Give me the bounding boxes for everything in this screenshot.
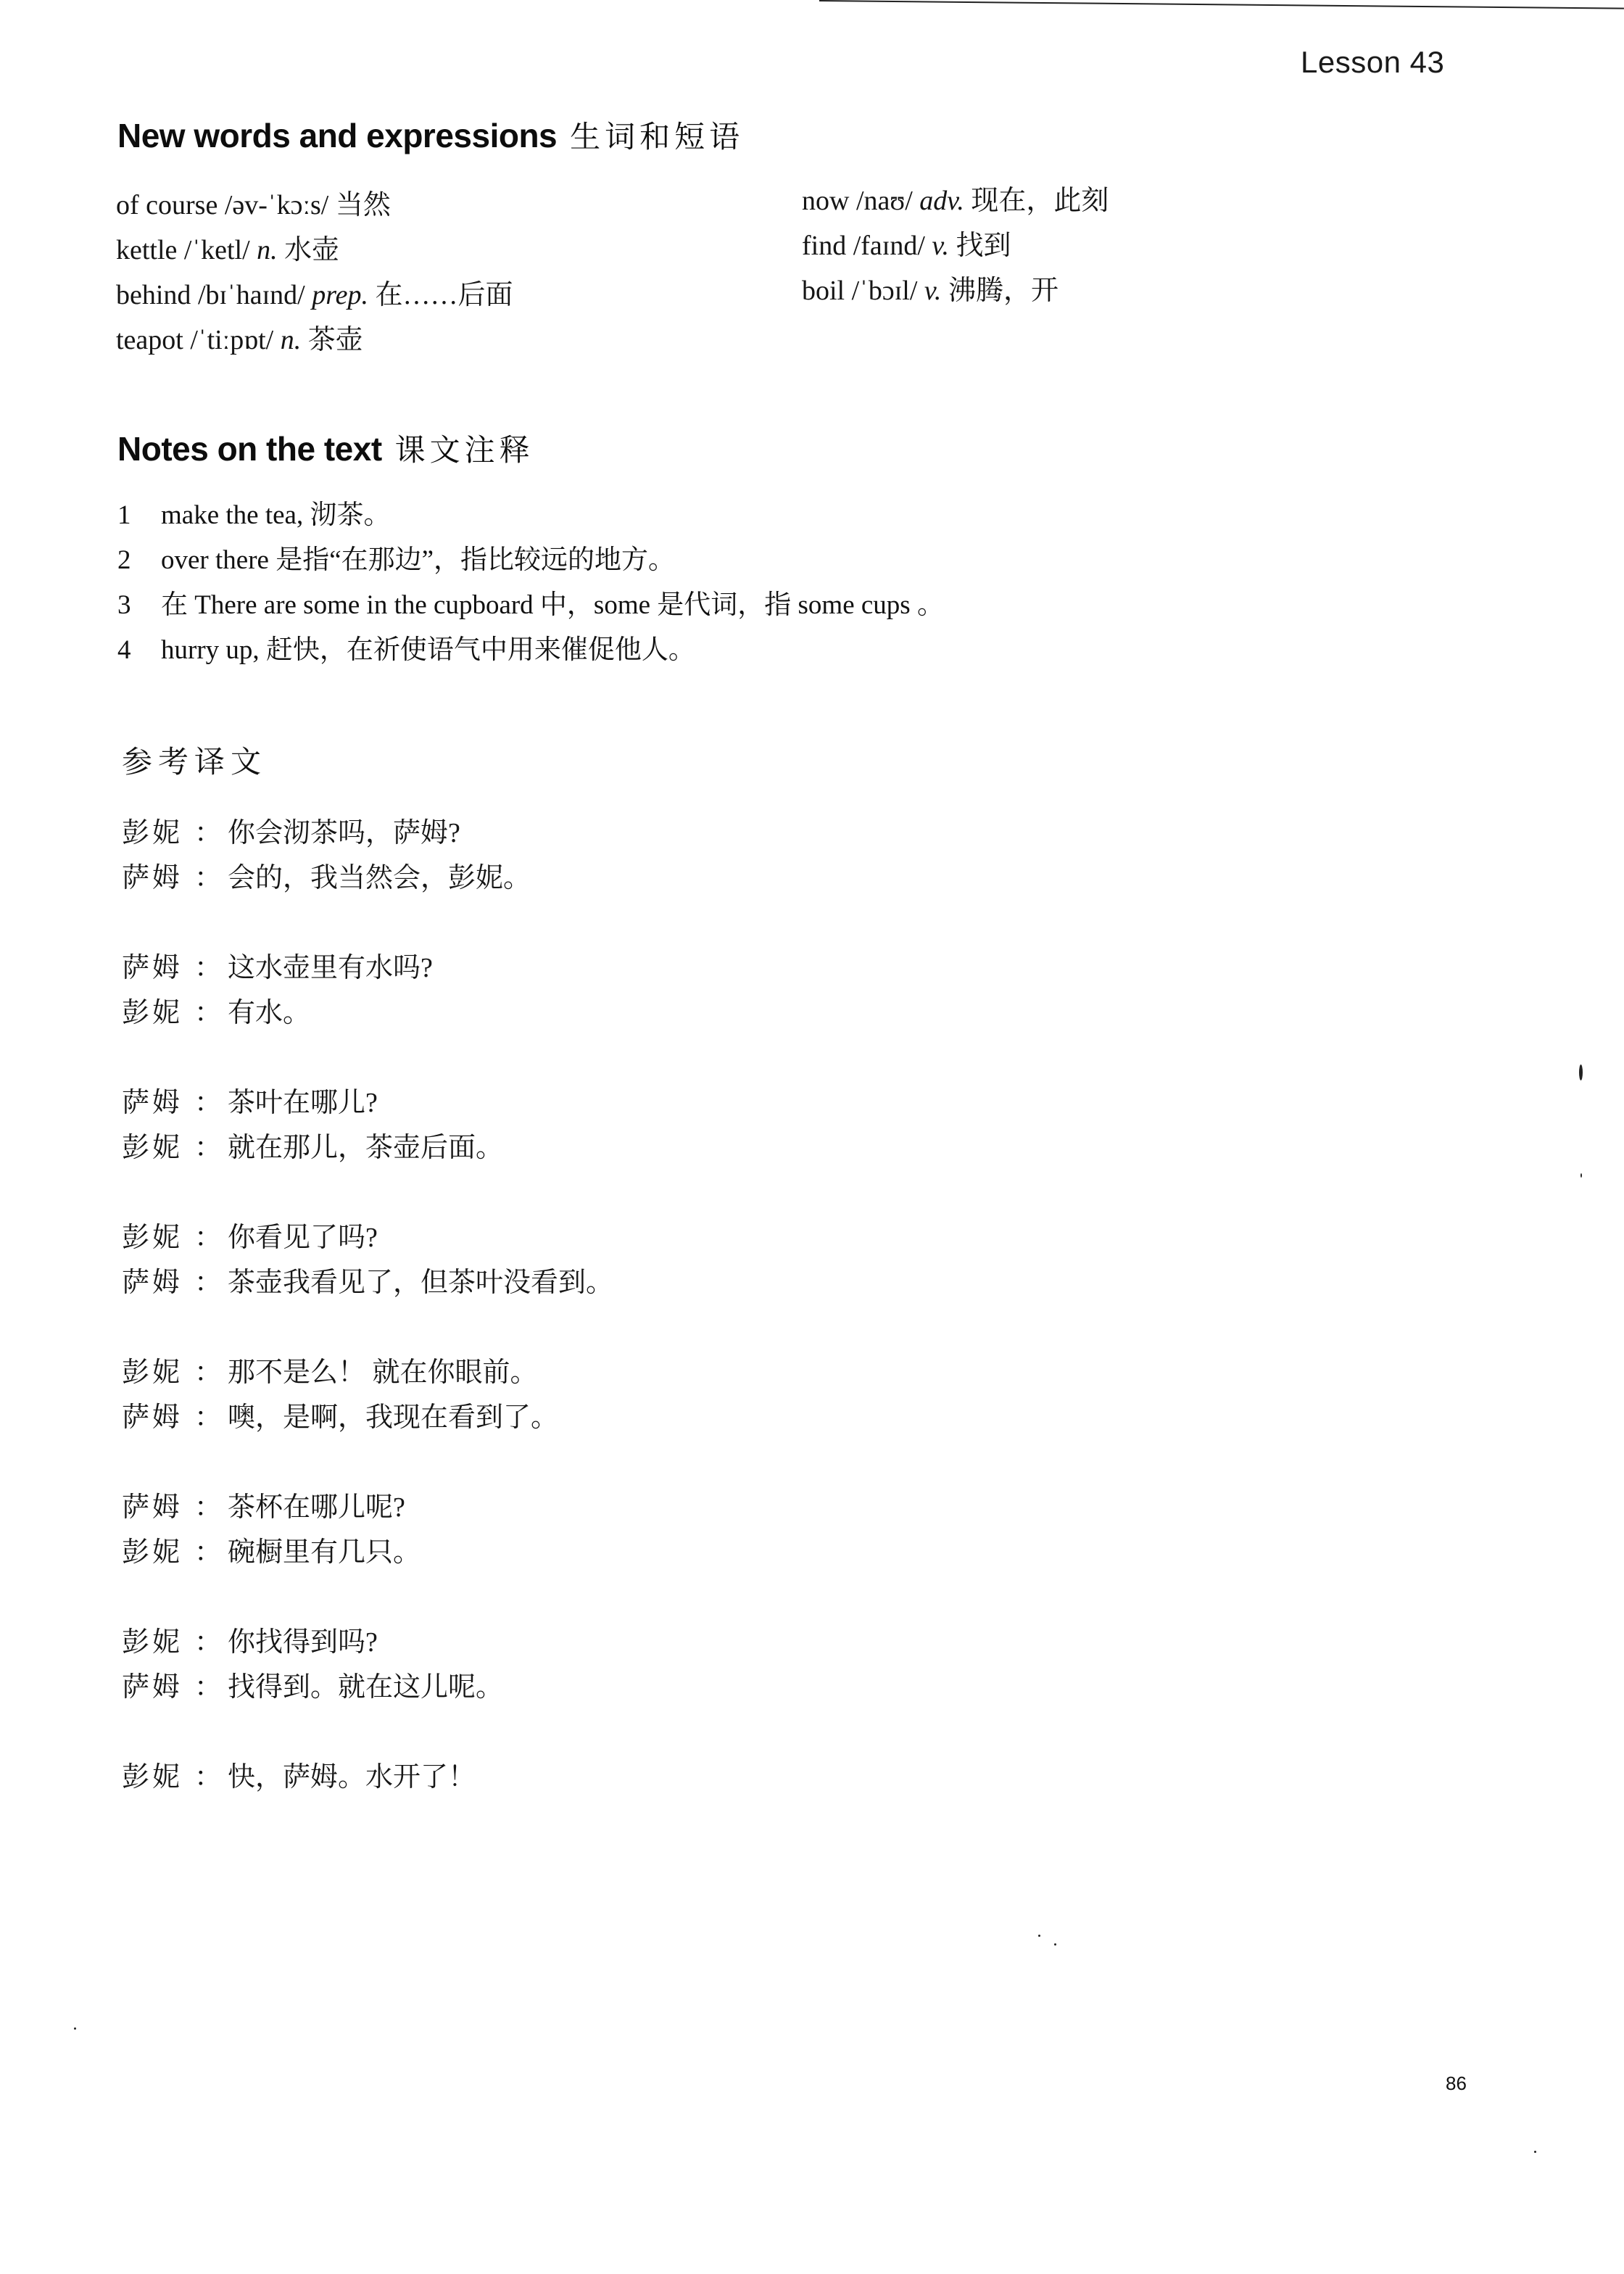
colon: ： [194,991,228,1035]
notes-list: 1make the tea, 沏茶。 2over there 是指“在那边”，指… [117,493,944,673]
dialogue-line: 萨姆：茶杯在哪儿呢? [122,1485,613,1530]
speaker: 彭妮 [122,1530,194,1575]
dialogue-line: 彭妮：就在那儿，茶壶后面。 [122,1125,613,1170]
page-number: 86 [1446,2072,1467,2095]
colon: ： [194,811,228,856]
vocab-word: find [802,231,846,261]
speaker: 萨姆 [122,946,194,991]
vocabulary-heading-zh: 生词和短语 [570,119,744,154]
speaker: 彭妮 [122,1350,194,1395]
note-number: 2 [117,538,161,583]
speaker: 彭妮 [122,991,194,1035]
note-item: 2over there 是指“在那边”，指比较远的地方。 [117,538,944,583]
vocab-pos: v. [924,276,942,306]
scan-speck [74,2027,76,2030]
colon: ： [194,1080,228,1125]
dialogue-line: 萨姆：茶叶在哪儿? [122,1080,613,1125]
vocab-phonetic: /bɪˈhaɪnd/ [198,280,305,310]
dialogue-exchange: 彭妮：你会沏茶吗，萨姆? 萨姆：会的，我当然会，彭妮。 [122,811,613,901]
dialogue-line: 彭妮：你会沏茶吗，萨姆? [122,811,613,856]
vocab-meaning: 现在，此刻 [971,186,1109,216]
vocab-entry: of course /əv-ˈkɔːs/ 当然 [116,183,513,228]
colon: ： [194,1125,228,1170]
scan-speck [1534,2151,1536,2153]
line-text: 茶壶我看见了，但茶叶没看到。 [228,1268,613,1298]
note-number: 1 [117,493,161,538]
line-text: 你看见了吗? [228,1223,378,1253]
speaker: 彭妮 [122,811,194,856]
colon: ： [194,1530,228,1575]
vocabulary-left-column: of course /əv-ˈkɔːs/ 当然 kettle /ˈketl/ n… [116,183,513,363]
line-text: 茶杯在哪儿呢? [228,1492,405,1523]
notes-heading-zh: 课文注释 [395,432,534,468]
vocab-phonetic: /naʊ/ [856,186,913,216]
dialogue-line: 萨姆：找得到。就在这儿呢。 [122,1665,613,1710]
line-text: 会的，我当然会，彭妮。 [228,863,531,893]
note-item: 3在 There are some in the cupboard 中，some… [117,583,944,628]
dialogue-line: 彭妮：有水。 [122,991,613,1035]
dialogue-line: 彭妮：快，萨姆。水开了！ [122,1755,613,1800]
scan-speck [1580,1173,1582,1178]
vocab-pos: adv. [919,186,964,216]
vocab-entry: now /naʊ/ adv. 现在，此刻 [802,178,1109,223]
line-text: 碗橱里有几只。 [228,1537,420,1568]
note-item: 4hurry up, 赶快，在祈使语气中用来催促他人。 [117,628,944,673]
vocab-meaning: 在……后面 [375,280,513,310]
dialogue-exchange: 彭妮：你找得到吗? 萨姆：找得到。就在这儿呢。 [122,1620,613,1710]
speaker: 彭妮 [122,1215,194,1260]
dialogue-line: 彭妮：你看见了吗? [122,1215,613,1260]
dialogue-exchange: 萨姆：这水壶里有水吗? 彭妮：有水。 [122,946,613,1035]
vocab-entry: kettle /ˈketl/ n. 水壶 [116,228,513,273]
vocab-pos: n. [257,235,278,265]
speaker: 彭妮 [122,1755,194,1800]
vocab-meaning: 茶壶 [308,325,363,355]
dialogue-exchange: 萨姆：茶杯在哪儿呢? 彭妮：碗橱里有几只。 [122,1485,613,1575]
note-text: make the tea, 沏茶。 [161,500,390,530]
note-text: hurry up, 赶快，在祈使语气中用来催促他人。 [161,635,695,665]
lesson-label: Lesson 43 [1301,45,1444,80]
vocab-phonetic: /faɪnd/ [853,231,925,261]
vocab-word: of course [116,190,217,220]
translation-title: 参考译文 [122,738,267,782]
speaker: 萨姆 [122,1260,194,1305]
vocab-phonetic: /ˈketl/ [184,235,250,265]
colon: ： [194,1485,228,1530]
speaker: 彭妮 [122,1125,194,1170]
vocab-entry: teapot /ˈtiːpɒt/ n. 茶壶 [116,318,513,363]
vocab-meaning: 找到 [956,231,1011,261]
dialogue-exchange: 彭妮：那不是么！ 就在你眼前。 萨姆：噢，是啊，我现在看到了。 [122,1350,613,1440]
vocab-word: behind [116,280,191,310]
vocab-entry: behind /bɪˈhaɪnd/ prep. 在……后面 [116,273,513,318]
vocab-phonetic: /ˈbɔɪl/ [852,276,918,306]
speaker: 萨姆 [122,1395,194,1440]
colon: ： [194,1260,228,1305]
note-item: 1make the tea, 沏茶。 [117,493,944,538]
line-text: 茶叶在哪儿? [228,1088,378,1118]
vocabulary-right-column: now /naʊ/ adv. 现在，此刻 find /faɪnd/ v. 找到 … [802,178,1109,313]
note-text: 在 There are some in the cupboard 中，some … [161,590,944,620]
colon: ： [194,1665,228,1710]
dialogue-exchange: 彭妮：快，萨姆。水开了！ [122,1755,613,1800]
vocab-word: now [802,186,849,216]
dialogue-line: 萨姆：噢，是啊，我现在看到了。 [122,1395,613,1440]
vocab-word: teapot [116,325,183,355]
scan-speck [1579,1064,1583,1080]
dialogue-exchange: 萨姆：茶叶在哪儿? 彭妮：就在那儿，茶壶后面。 [122,1080,613,1170]
vocab-phonetic: /əv-ˈkɔːs/ [225,190,329,220]
dialogue-line: 彭妮：你找得到吗? [122,1620,613,1665]
vocab-pos: prep. [312,280,368,310]
dialogue-line: 彭妮：那不是么！ 就在你眼前。 [122,1350,613,1395]
vocab-entry: boil /ˈbɔɪl/ v. 沸腾，开 [802,268,1109,313]
vocabulary-heading-en: New words and expressions [117,117,557,154]
line-text: 快，萨姆。水开了！ [228,1762,476,1793]
line-text: 噢，是啊，我现在看到了。 [228,1402,558,1433]
line-text: 你找得到吗? [228,1627,378,1658]
speaker: 萨姆 [122,1665,194,1710]
dialogue: 彭妮：你会沏茶吗，萨姆? 萨姆：会的，我当然会，彭妮。 萨姆：这水壶里有水吗? … [122,811,613,1845]
scan-speck [1038,1935,1040,1937]
line-text: 你会沏茶吗，萨姆? [228,818,460,848]
vocab-pos: v. [932,231,949,261]
speaker: 萨姆 [122,1080,194,1125]
colon: ： [194,1350,228,1395]
colon: ： [194,1395,228,1440]
line-text: 那不是么！ 就在你眼前。 [228,1357,538,1388]
line-text: 这水壶里有水吗? [228,953,433,983]
vocab-meaning: 沸腾，开 [948,276,1058,306]
colon: ： [194,1755,228,1800]
vocab-meaning: 当然 [336,190,391,220]
vocab-pos: n. [281,325,302,355]
line-text: 就在那儿，茶壶后面。 [228,1133,503,1163]
colon: ： [194,1620,228,1665]
notes-heading-en: Notes on the text [117,430,382,468]
note-number: 3 [117,583,161,628]
dialogue-exchange: 彭妮：你看见了吗? 萨姆：茶壶我看见了，但茶叶没看到。 [122,1215,613,1305]
speaker: 彭妮 [122,1620,194,1665]
speaker: 萨姆 [122,856,194,901]
top-border-line [819,0,1624,9]
colon: ： [194,856,228,901]
vocab-word: kettle [116,235,177,265]
colon: ： [194,1215,228,1260]
dialogue-line: 萨姆：会的，我当然会，彭妮。 [122,856,613,901]
notes-heading: Notes on the text课文注释 [117,426,534,470]
dialogue-line: 萨姆：茶壶我看见了，但茶叶没看到。 [122,1260,613,1305]
note-number: 4 [117,628,161,673]
vocab-entry: find /faɪnd/ v. 找到 [802,223,1109,268]
line-text: 有水。 [228,998,310,1028]
scan-speck [1054,1943,1056,1946]
vocab-word: boil [802,276,845,306]
vocab-phonetic: /ˈtiːpɒt/ [190,325,273,355]
dialogue-line: 彭妮：碗橱里有几只。 [122,1530,613,1575]
speaker: 萨姆 [122,1485,194,1530]
note-text: over there 是指“在那边”，指比较远的地方。 [161,545,675,575]
colon: ： [194,946,228,991]
line-text: 找得到。就在这儿呢。 [228,1672,503,1703]
vocab-meaning: 水壶 [284,235,339,265]
dialogue-line: 萨姆：这水壶里有水吗? [122,946,613,991]
vocabulary-heading: New words and expressions生词和短语 [117,113,744,157]
